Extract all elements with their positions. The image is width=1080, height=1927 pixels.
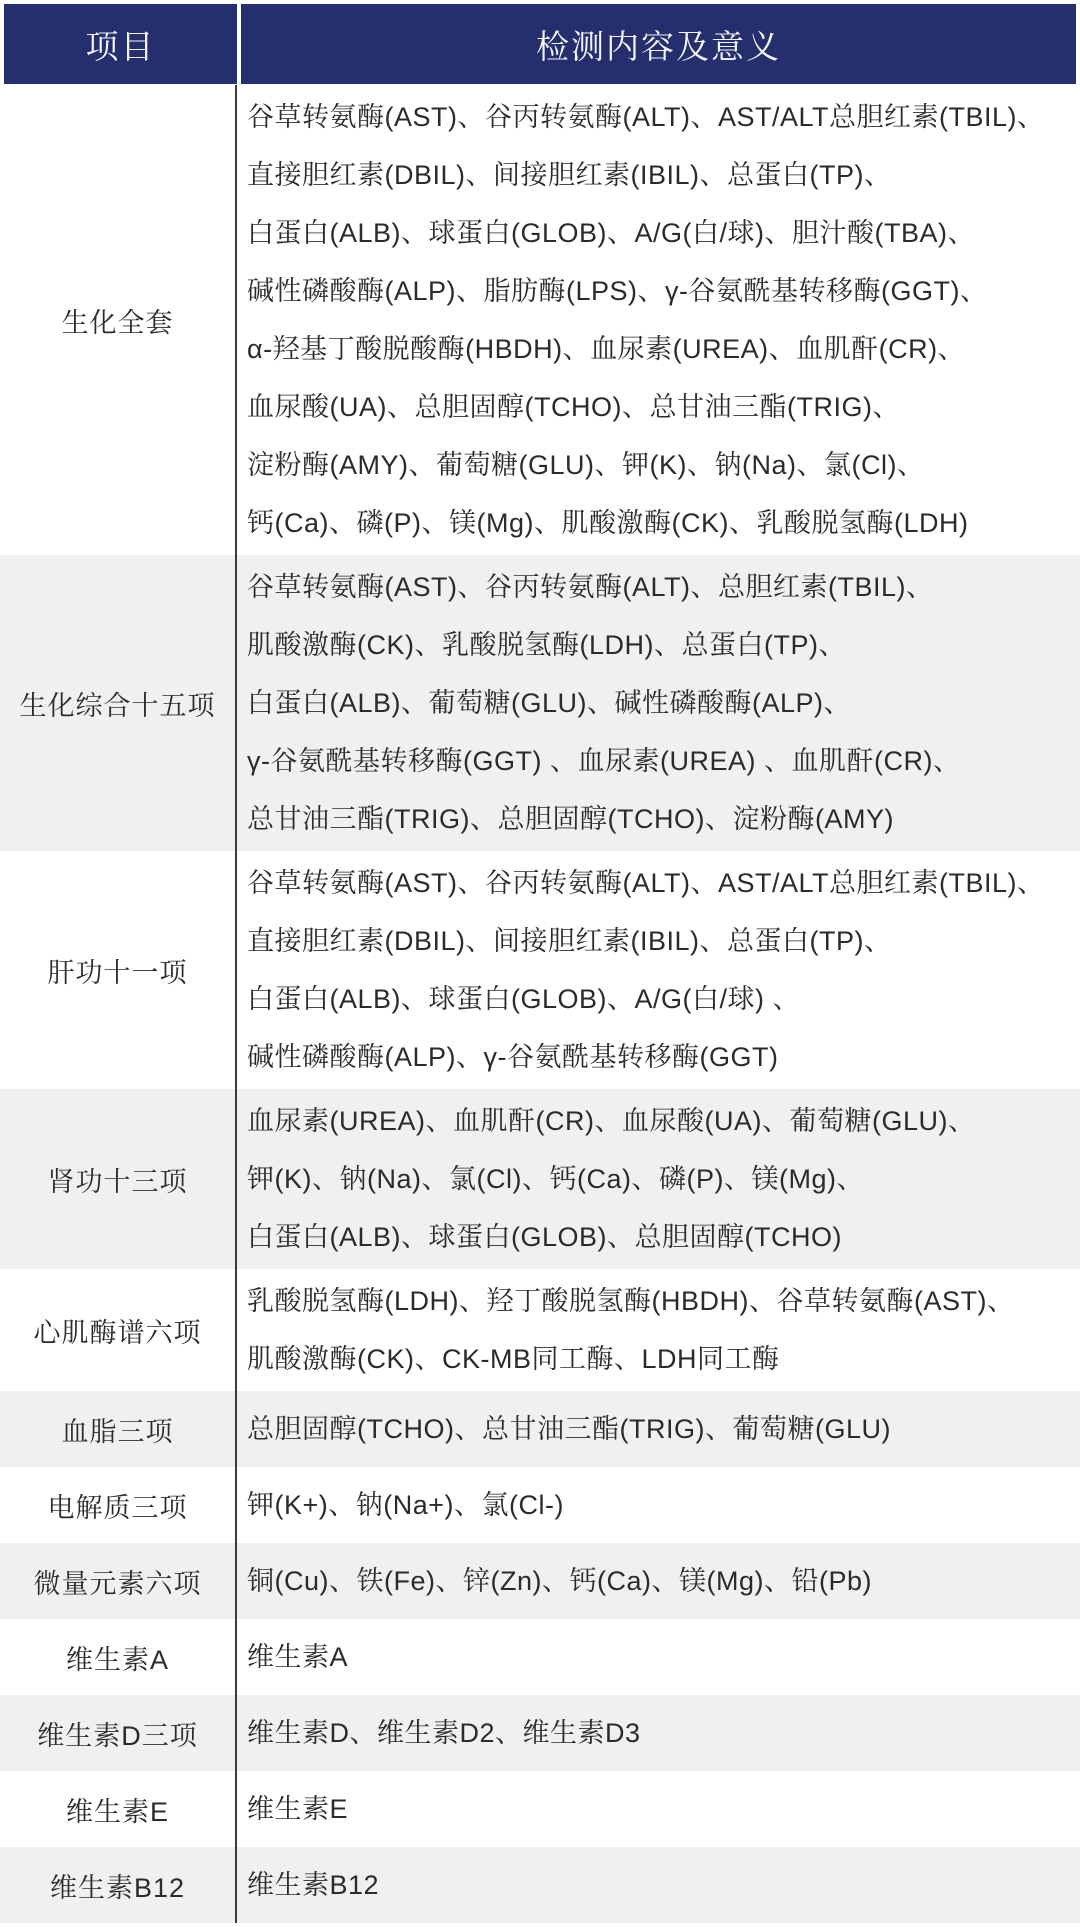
row-content: 谷草转氨酶(AST)、谷丙转氨酶(ALT)、AST/ALT总胆红素(TBIL)、… <box>237 85 1080 555</box>
table-row: 肾功十三项 血尿素(UREA)、血肌酐(CR)、血尿酸(UA)、葡萄糖(GLU)… <box>0 1089 1080 1269</box>
table-row: 维生素B12 维生素B12 <box>0 1847 1080 1923</box>
row-content: 维生素A <box>237 1619 1080 1695</box>
row-content: 钾(K+)、钠(Na+)、氯(Cl-) <box>237 1467 1080 1543</box>
table-row: 电解质三项 钾(K+)、钠(Na+)、氯(Cl-) <box>0 1467 1080 1543</box>
row-label: 维生素D三项 <box>0 1695 237 1771</box>
table-row: 血脂三项 总胆固醇(TCHO)、总甘油三酯(TRIG)、葡萄糖(GLU) <box>0 1391 1080 1467</box>
table-row: 心肌酶谱六项 乳酸脱氢酶(LDH)、羟丁酸脱氢酶(HBDH)、谷草转氨酶(AST… <box>0 1269 1080 1391</box>
row-content: 乳酸脱氢酶(LDH)、羟丁酸脱氢酶(HBDH)、谷草转氨酶(AST)、 肌酸激酶… <box>237 1269 1080 1391</box>
row-label: 维生素E <box>0 1771 237 1847</box>
table-row: 肝功十一项 谷草转氨酶(AST)、谷丙转氨酶(ALT)、AST/ALT总胆红素(… <box>0 851 1080 1089</box>
table-row: 维生素D三项 维生素D、维生素D2、维生素D3 <box>0 1695 1080 1771</box>
row-content: 维生素B12 <box>237 1847 1080 1923</box>
header-cell-item: 项目 <box>4 4 237 84</box>
test-items-table-page: 项目 检测内容及意义 生化全套 谷草转氨酶(AST)、谷丙转氨酶(ALT)、AS… <box>0 0 1080 1927</box>
header-cell-content: 检测内容及意义 <box>241 4 1076 84</box>
row-label: 肝功十一项 <box>0 851 237 1089</box>
row-label: 电解质三项 <box>0 1467 237 1543</box>
row-label: 心肌酶谱六项 <box>0 1269 237 1391</box>
table-header: 项目 检测内容及意义 <box>0 0 1080 84</box>
row-label: 维生素A <box>0 1619 237 1695</box>
table-row: 维生素A 维生素A <box>0 1619 1080 1695</box>
row-label: 生化综合十五项 <box>0 555 237 851</box>
table-body: 生化全套 谷草转氨酶(AST)、谷丙转氨酶(ALT)、AST/ALT总胆红素(T… <box>0 85 1080 1923</box>
row-label: 维生素B12 <box>0 1847 237 1923</box>
row-label: 肾功十三项 <box>0 1089 237 1269</box>
row-label: 生化全套 <box>0 85 237 555</box>
row-label: 微量元素六项 <box>0 1543 237 1619</box>
row-content: 血尿素(UREA)、血肌酐(CR)、血尿酸(UA)、葡萄糖(GLU)、 钾(K)… <box>237 1089 1080 1269</box>
row-content: 谷草转氨酶(AST)、谷丙转氨酶(ALT)、AST/ALT总胆红素(TBIL)、… <box>237 851 1080 1089</box>
row-content: 维生素D、维生素D2、维生素D3 <box>237 1695 1080 1771</box>
row-content: 总胆固醇(TCHO)、总甘油三酯(TRIG)、葡萄糖(GLU) <box>237 1391 1080 1467</box>
table-row: 维生素E 维生素E <box>0 1771 1080 1847</box>
row-label: 血脂三项 <box>0 1391 237 1467</box>
table-row: 生化综合十五项 谷草转氨酶(AST)、谷丙转氨酶(ALT)、总胆红素(TBIL)… <box>0 555 1080 851</box>
row-content: 谷草转氨酶(AST)、谷丙转氨酶(ALT)、总胆红素(TBIL)、 肌酸激酶(C… <box>237 555 1080 851</box>
row-content: 维生素E <box>237 1771 1080 1847</box>
row-content: 铜(Cu)、铁(Fe)、锌(Zn)、钙(Ca)、镁(Mg)、铅(Pb) <box>237 1543 1080 1619</box>
table-row: 生化全套 谷草转氨酶(AST)、谷丙转氨酶(ALT)、AST/ALT总胆红素(T… <box>0 85 1080 555</box>
table-row: 微量元素六项 铜(Cu)、铁(Fe)、锌(Zn)、钙(Ca)、镁(Mg)、铅(P… <box>0 1543 1080 1619</box>
